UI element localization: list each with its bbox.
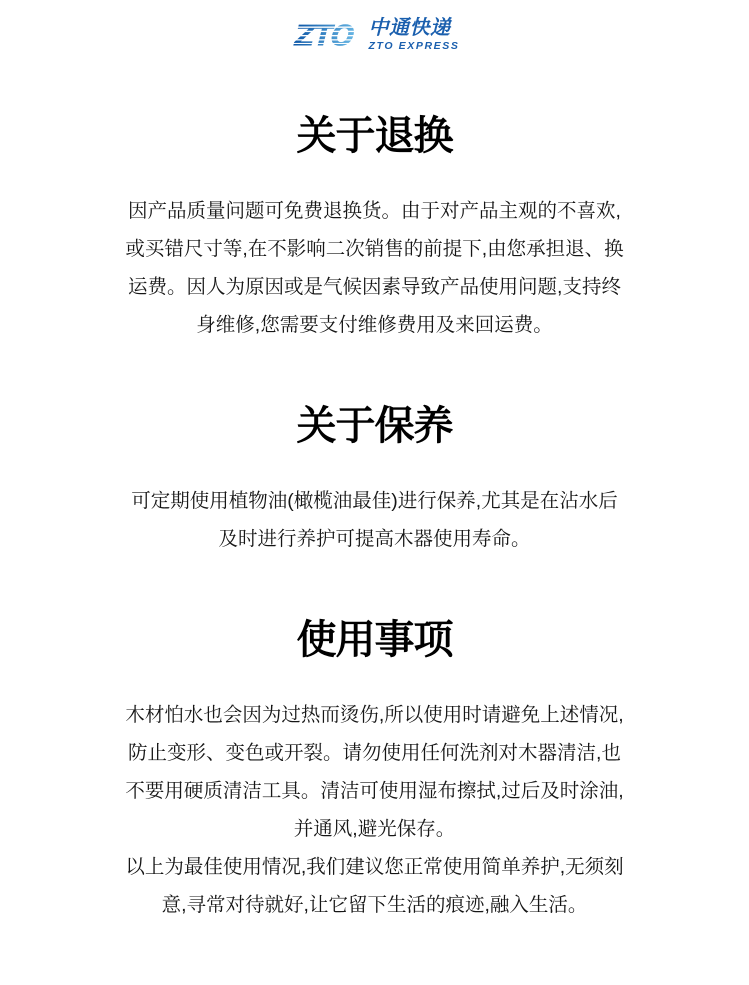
product-description-page: ZTO 中通快递 ZTO EXPRESS 关于退换 因产品质量问题可免费退换货。… xyxy=(0,0,749,985)
text-line: 因产品质量问题可免费退换货。由于对产品主观的不喜欢, xyxy=(55,192,695,230)
section-title-maintenance: 关于保养 xyxy=(0,402,749,450)
text-line: 以上为最佳使用情况,我们建议您正常使用简单养护,无须刻 xyxy=(55,848,695,886)
logo-name-cn: 中通快递 xyxy=(369,18,451,38)
section-paragraph-usage: 木材怕水也会因为过热而烫伤,所以使用时请避免上述情况,防止变形、变色或开裂。请勿… xyxy=(55,696,695,924)
zto-logo: ZTO 中通快递 ZTO EXPRESS xyxy=(0,16,749,54)
section-usage: 使用事项 木材怕水也会因为过热而烫伤,所以使用时请避免上述情况,防止变形、变色或… xyxy=(0,616,749,924)
text-line: 防止变形、变色或开裂。请勿使用任何洗剂对木器清洁,也 xyxy=(55,734,695,772)
section-title-returns: 关于退换 xyxy=(0,112,749,160)
text-line: 运费。因人为原因或是气候因素导致产品使用问题,支持终 xyxy=(55,268,695,306)
text-line: 不要用硬质清洁工具。清洁可使用湿布擦拭,过后及时涂油, xyxy=(55,772,695,810)
text-line: 或买错尺寸等,在不影响二次销售的前提下,由您承担退、换 xyxy=(55,230,695,268)
text-line: 身维修,您需要支付维修费用及来回运费。 xyxy=(55,306,695,344)
text-line: 并通风,避光保存。 xyxy=(55,810,695,848)
section-title-usage: 使用事项 xyxy=(0,616,749,664)
section-paragraph-maintenance: 可定期使用植物油(橄榄油最佳)进行保养,尤其是在沾水后及时进行养护可提高木器使用… xyxy=(55,482,695,558)
zto-logo-mark-icon: ZTO xyxy=(290,19,360,52)
logo-wordmark: 中通快递 ZTO EXPRESS xyxy=(369,18,460,52)
text-line: 意,寻常对待就好,让它留下生活的痕迹,融入生活。 xyxy=(55,886,695,924)
text-line: 可定期使用植物油(橄榄油最佳)进行保养,尤其是在沾水后 xyxy=(55,482,695,520)
text-line: 木材怕水也会因为过热而烫伤,所以使用时请避免上述情况, xyxy=(55,696,695,734)
section-maintenance: 关于保养 可定期使用植物油(橄榄油最佳)进行保养,尤其是在沾水后及时进行养护可提… xyxy=(0,402,749,558)
section-paragraph-returns: 因产品质量问题可免费退换货。由于对产品主观的不喜欢,或买错尺寸等,在不影响二次销… xyxy=(55,192,695,344)
section-returns: 关于退换 因产品质量问题可免费退换货。由于对产品主观的不喜欢,或买错尺寸等,在不… xyxy=(0,112,749,344)
logo-name-en: ZTO EXPRESS xyxy=(369,41,460,52)
text-line: 及时进行养护可提高木器使用寿命。 xyxy=(55,520,695,558)
